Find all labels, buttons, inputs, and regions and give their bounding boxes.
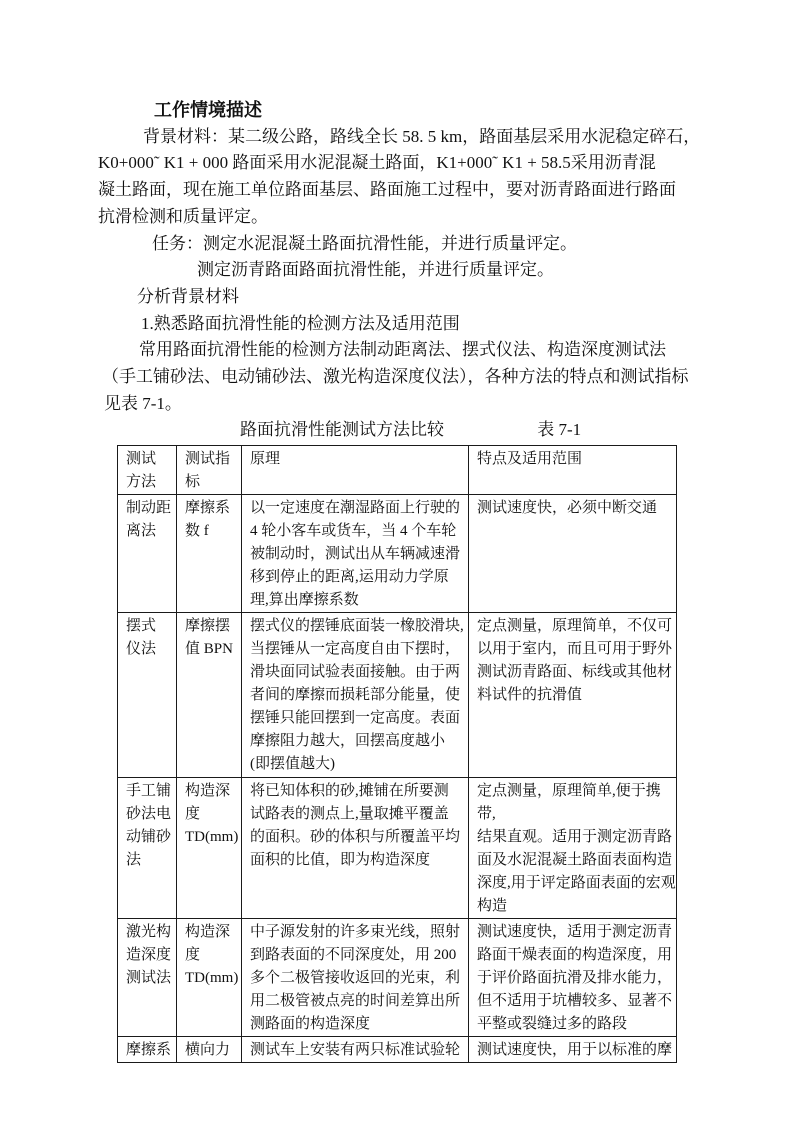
cell-method: 手工铺 砂法电 动铺砂 法 xyxy=(118,778,177,919)
heading-analysis: 分析背景材料 xyxy=(98,284,710,311)
body-line-methods: 常用路面抗滑性能的检测方法制动距离法、摆式仪法、构造深度测试法 xyxy=(98,337,710,364)
header-indicator: 测试指 标 xyxy=(177,446,242,495)
body-line-wrap1: 凝土路面，现在施工单位路面基层、路面施工过程中，要对沥青路面进行路面 xyxy=(98,177,710,204)
body-text: 工作情境描述 背景材料：某二级公路，路线全长 58. 5 km，路面基层采用水泥… xyxy=(98,97,710,444)
header-method: 测试 方法 xyxy=(118,446,177,495)
document-page: 工作情境描述 背景材料：某二级公路，路线全长 58. 5 km，路面基层采用水泥… xyxy=(0,0,800,1131)
table-caption: 路面抗滑性能测试方法比较 xyxy=(240,420,444,439)
body-line-see-table: 见表 7-1。 xyxy=(98,391,710,418)
cell-indicator: 摩擦系 数 f xyxy=(177,495,242,613)
cell-method: 激光构 造深度 测试法 xyxy=(118,919,177,1037)
comparison-table: 测试 方法 测试指 标 原理 特点及适用范围 制动距 离法 摩擦系 数 f 以一… xyxy=(117,445,677,1063)
cell-method: 摆式 仪法 xyxy=(118,613,177,778)
cell-indicator: 构造深 度 TD(mm) xyxy=(177,919,242,1037)
cell-principle: 中子源发射的许多束光线，照射 到路表面的不同深度处，用 200 多个二极管接收返… xyxy=(242,919,469,1037)
cell-features: 测试速度快，适用于测定沥青 路面干燥表面的构造深度，用 于评价路面抗滑及排水能力… xyxy=(469,919,677,1037)
cell-features: 测试速度快，用于以标准的摩 xyxy=(469,1037,677,1063)
body-line-task1: 任务：测定水泥混凝土路面抗滑性能，并进行质量评定。 xyxy=(98,231,710,258)
table-caption-label: 表 7-1 xyxy=(537,420,581,439)
body-line-task2: 测定沥青路面路面抗滑性能，并进行质量评定。 xyxy=(98,257,710,284)
body-line-item1: 1.熟悉路面抗滑性能的检测方法及适用范围 xyxy=(98,311,710,338)
cell-indicator: 构造深 度 TD(mm) xyxy=(177,778,242,919)
cell-features: 测试速度快，必须中断交通 xyxy=(469,495,677,613)
cell-principle: 以一定速度在潮湿路面上行驶的 4 轮小客车或货车，当 4 个车轮 被制动时，测试… xyxy=(242,495,469,613)
heading-work-context: 工作情境描述 xyxy=(98,97,710,124)
cell-features: 定点测量，原理简单,便于携带, 结果直观。适用于测定沥青路 面及水泥混凝土路面表… xyxy=(469,778,677,919)
cell-principle: 摆式仪的摆锤底面装一橡胶滑块, 当摆锤从一定高度自由下摆时， 滑块面同试验表面接… xyxy=(242,613,469,778)
table-row-friction-coefficient: 摩擦系 横向力 测试车上安装有两只标准试验轮 测试速度快，用于以标准的摩 xyxy=(118,1037,677,1063)
body-line-stations: K0+000˜ K1 + 000 路面采用水泥混凝土路面，K1+000˜ K1 … xyxy=(98,150,710,177)
cell-features: 定点测量，原理简单，不仅可 以用于室内，而且可用于野外 测试沥青路面、标线或其他… xyxy=(469,613,677,778)
cell-indicator: 摩擦摆 值 BPN xyxy=(177,613,242,778)
body-line-methods-wrap: （手工铺砂法、电动铺砂法、激光构造深度仪法），各种方法的特点和测试指标 xyxy=(98,364,710,391)
cell-indicator: 横向力 xyxy=(177,1037,242,1063)
cell-method: 摩擦系 xyxy=(118,1037,177,1063)
cell-principle: 测试车上安装有两只标准试验轮 xyxy=(242,1037,469,1063)
table-header-row: 测试 方法 测试指 标 原理 特点及适用范围 xyxy=(118,446,677,495)
table-row-pendulum: 摆式 仪法 摩擦摆 值 BPN 摆式仪的摆锤底面装一橡胶滑块, 当摆锤从一定高度… xyxy=(118,613,677,778)
cell-principle: 将已知体积的砂,摊铺在所要测 试路表的测点上,量取摊平覆盖 的面积。砂的体积与所… xyxy=(242,778,469,919)
table-caption-line: 路面抗滑性能测试方法比较 表 7-1 xyxy=(98,417,710,444)
table-row-braking-distance: 制动距 离法 摩擦系 数 f 以一定速度在潮湿路面上行驶的 4 轮小客车或货车，… xyxy=(118,495,677,613)
table-row-sand-patch: 手工铺 砂法电 动铺砂 法 构造深 度 TD(mm) 将已知体积的砂,摊铺在所要… xyxy=(118,778,677,919)
body-line-wrap2: 抗滑检测和质量评定。 xyxy=(98,204,710,231)
header-features: 特点及适用范围 xyxy=(469,446,677,495)
body-line-background: 背景材料：某二级公路，路线全长 58. 5 km，路面基层采用水泥稳定碎石， xyxy=(98,124,710,151)
header-principle: 原理 xyxy=(242,446,469,495)
cell-method: 制动距 离法 xyxy=(118,495,177,613)
table-row-laser-texture: 激光构 造深度 测试法 构造深 度 TD(mm) 中子源发射的许多束光线，照射 … xyxy=(118,919,677,1037)
